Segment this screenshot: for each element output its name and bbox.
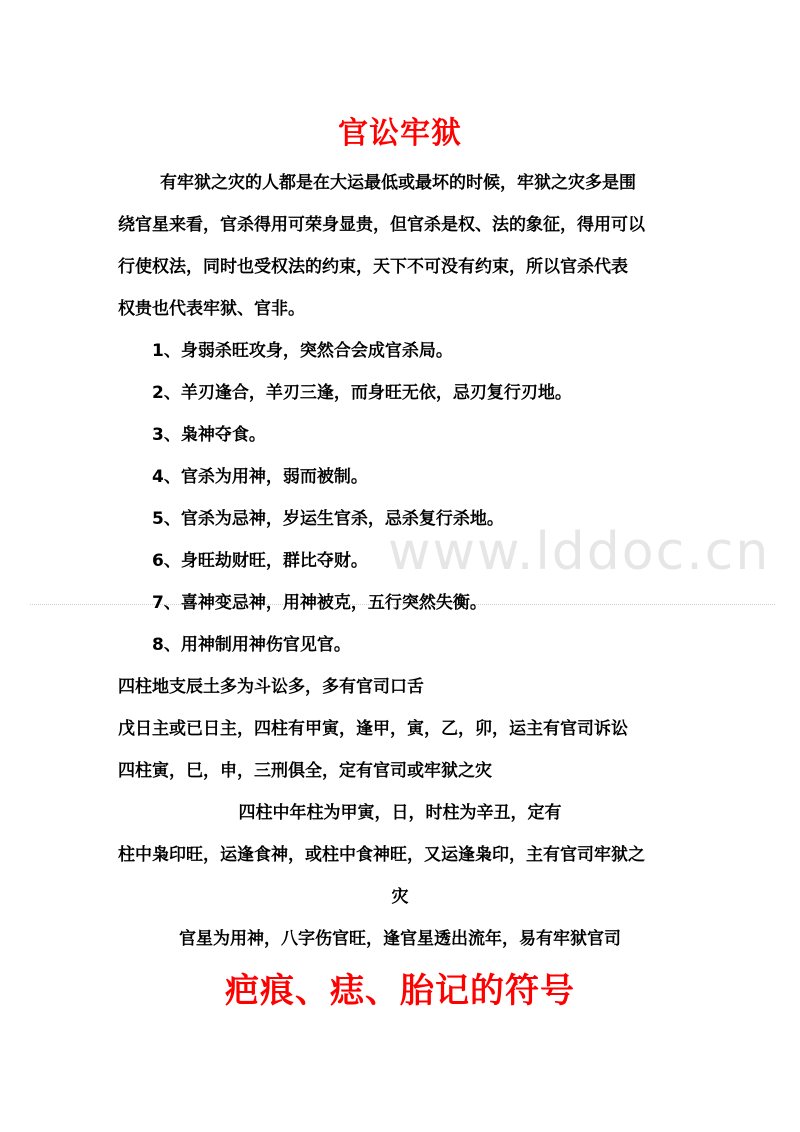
body-line: 戊日主或已日主，四柱有甲寅，逢甲，寅，乙，卯，运主有官司诉讼 (118, 718, 628, 740)
section-title: 官讼牢狱 (0, 108, 800, 152)
intro-line: 行使权法，同时也受权法的约束，天下不可没有约束，所以官杀代表 (118, 256, 628, 278)
watermark: www.lddoc.cn (388, 522, 770, 582)
body-line: 柱中枭印旺，运逢食神，或柱中食神旺，又运逢枭印，主有官司牢狱之 (118, 844, 645, 866)
body-line-centered: 四柱中年柱为甲寅，日，时柱为辛丑，定有 (0, 802, 800, 824)
document-page: www.lddoc.cn 官讼牢狱 有牢狱之灾的人都是在大运最低或最坏的时候，牢… (0, 0, 800, 1132)
body-line-centered: 灾 (0, 886, 800, 908)
numbered-item: 1、身弱杀旺攻身，突然合会成官杀局。 (152, 340, 453, 362)
numbered-item: 8、用神制用神伤官见官。 (152, 634, 351, 656)
body-line: 四柱寅，巳，申，三刑俱全，定有官司或牢狱之灾 (118, 760, 492, 782)
next-section-title: 疤痕、痣、胎记的符号 (0, 963, 800, 1012)
numbered-item: 6、身旺劫财旺，群比夺财。 (152, 550, 368, 572)
intro-line: 权贵也代表牢狱、官非。 (118, 298, 305, 320)
body-line-centered: 官星为用神，八字伤官旺，逢官星透出流年，易有牢狱官司 (0, 928, 800, 950)
numbered-item: 5、官杀为忌神，岁运生官杀，忌杀复行杀地。 (152, 508, 504, 530)
numbered-item: 2、羊刃逢合，羊刃三逢，而身旺无依，忌刃复行刃地。 (152, 382, 572, 404)
intro-line: 绕官星来看，官杀得用可荣身显贵，但官杀是权、法的象征，得用可以 (118, 214, 645, 236)
intro-line: 有牢狱之灾的人都是在大运最低或最坏的时候，牢狱之灾多是围 (160, 172, 636, 194)
numbered-item: 4、官杀为用神，弱而被制。 (152, 466, 368, 488)
numbered-item: 7、喜神变忌神，用神被克，五行突然失衡。 (152, 592, 487, 614)
numbered-item: 3、枭神夺食。 (152, 424, 266, 446)
body-line: 四柱地支辰土多为斗讼多，多有官司口舌 (118, 676, 424, 698)
